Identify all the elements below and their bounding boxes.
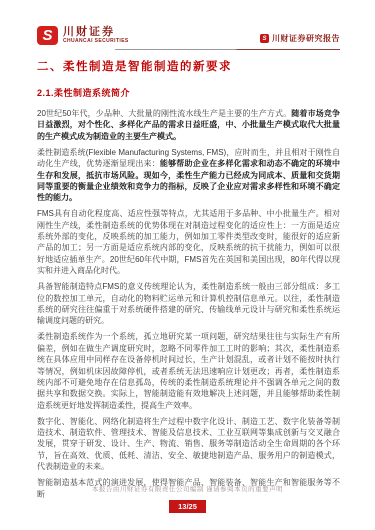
paragraph: 数字化、智能化、网络化制造将生产过程中数字化设计、制造工艺、数字化装备等制造技术… (37, 416, 340, 473)
section-heading: 二、柔性制造是智能制造的新要求 (37, 58, 340, 74)
body-text: 数字化、智能化、网络化制造将生产过程中数字化设计、制造工艺、数字化装备等制造技术… (37, 417, 340, 472)
paragraph: 柔性制造系统(Flexible Manufacturing Systems, F… (37, 147, 340, 204)
footer-disclaimer: 本报告由川财证券有限责任公司编制 谨请参阅本页的重要声明 (0, 484, 375, 493)
paragraph: 20世纪50年代，少品种、大批量的刚性流水线生产是主要的生产方式。随着市场竞争日… (37, 108, 340, 142)
logo-glyph: S (42, 26, 52, 45)
report-footer: 本报告由川财证券有限责任公司编制 谨请参阅本页的重要声明 13/25 (0, 484, 375, 514)
paragraph: 具备智能制造特点FMS的意义传统理论认为，柔性制造系统一般由三部分组成：多工位的… (37, 281, 340, 327)
body-text: 柔性制造系统作为一个系统，孤立地研究某一项问题，研究结果往往与实际生产有所偏差，… (37, 332, 340, 409)
brand-name-en: CHUANCAI SECURITIES (63, 38, 129, 45)
report-page: S 川财证券 CHUANCAI SECURITIES S 川财证券研究报告 二、… (0, 0, 375, 530)
body-paragraphs: 20世纪50年代，少品种、大批量的刚性流水线生产是主要的生产方式。随着市场竞争日… (37, 108, 340, 500)
page-number-badge: 13/25 (169, 500, 206, 513)
header-divider (115, 49, 340, 50)
paragraph: 柔性制造系统作为一个系统，孤立地研究某一项问题，研究结果往往与实际生产有所偏差，… (37, 331, 340, 411)
body-text: 20世纪50年代，少品种、大批量的刚性流水线生产是主要的生产方式。 (37, 109, 291, 118)
paragraph: FMS具有自动化程度高、适应性强等特点，尤其适用于多品种、中小批量生产。相对刚性… (37, 208, 340, 276)
report-header: S 川财证券 CHUANCAI SECURITIES S 川财证券研究报告 (37, 26, 340, 50)
body-text: 具备智能制造特点FMS的意义传统理论认为，柔性制造系统一般由三部分组成：多工位的… (37, 282, 340, 325)
subsection-heading: 2.1.柔性制造系统简介 (37, 86, 340, 99)
body-text: FMS具有自动化程度高、适应性强等特点，尤其适用于多品种、中小批量生产。相对刚性… (37, 209, 340, 275)
brand-name: 川财证券 (63, 26, 129, 38)
report-type-label: 川财证券研究报告 (272, 33, 340, 44)
chuancai-logo-icon: S (37, 26, 58, 45)
mini-logo-icon: S (260, 34, 269, 43)
brand-text: 川财证券 CHUANCAI SECURITIES (63, 26, 129, 45)
report-type: S 川财证券研究报告 (260, 33, 340, 44)
report-body: 二、柔性制造是智能制造的新要求 2.1.柔性制造系统简介 20世纪50年代，少品… (37, 58, 340, 505)
